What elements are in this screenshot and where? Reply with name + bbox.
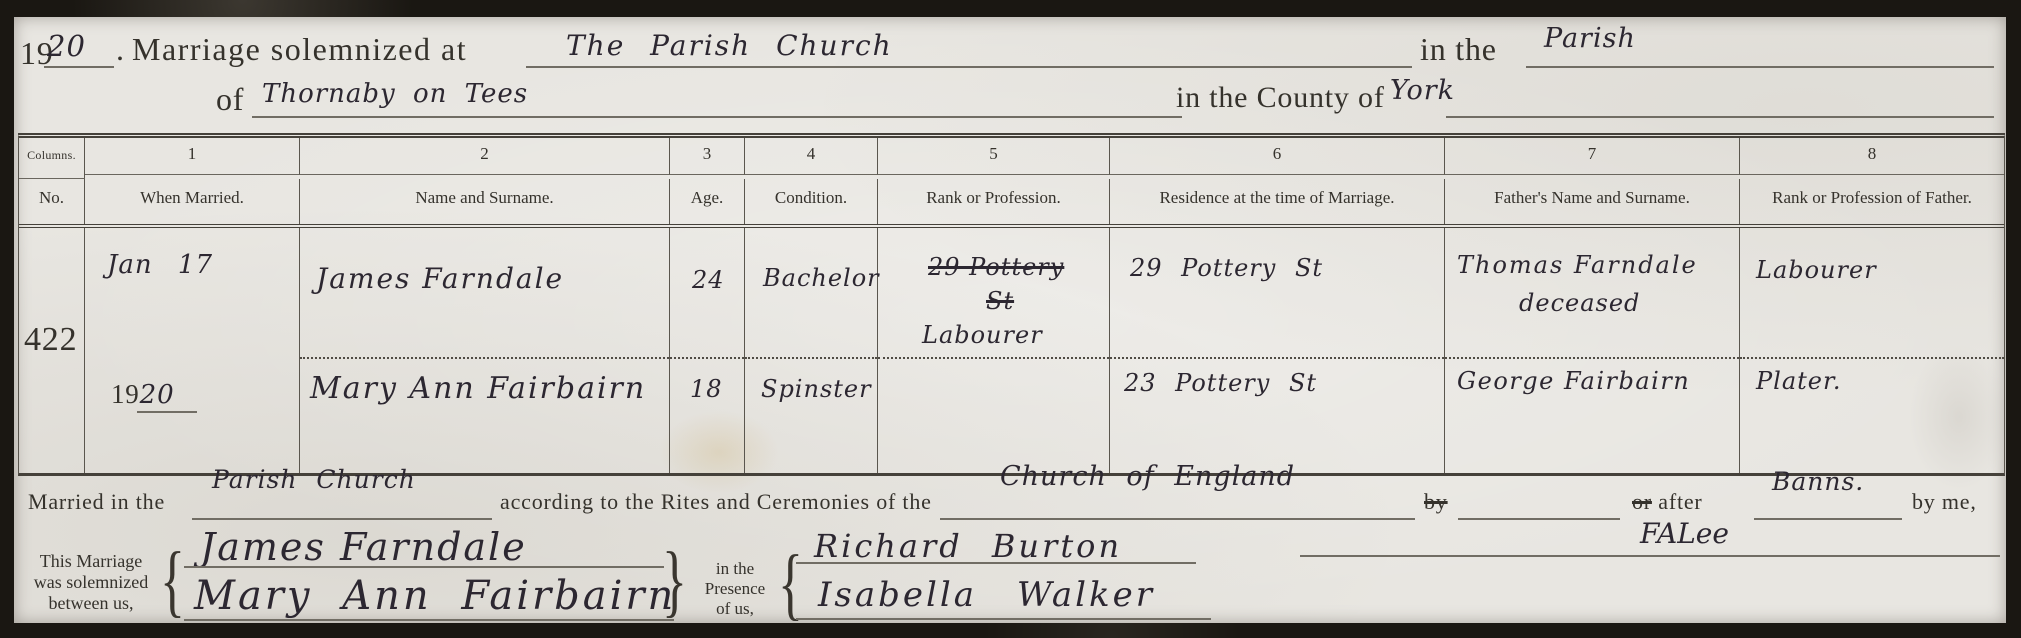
title-period: . <box>116 31 125 68</box>
bride-father-rank: Plater. <box>1756 367 1841 395</box>
this-marriage-label: This Marriage was solemnized between us, <box>20 551 162 614</box>
bride-age: 18 <box>690 375 723 403</box>
register-paper: 19 20 . Marriage solemnized at The Paris… <box>14 17 2006 623</box>
county-hand: York <box>1390 75 1455 106</box>
col-label-age: Age. <box>670 179 745 224</box>
register-title: Marriage solemnized at <box>132 31 467 68</box>
col-label-father-name: Father's Name and Surname. <box>1445 179 1740 224</box>
col-num-6: 6 <box>1110 138 1445 175</box>
place-underline <box>526 66 1412 68</box>
groom-father-note: deceased <box>1519 289 1640 317</box>
condition-row2: Spinster <box>745 359 877 473</box>
when-married-year-hand: 20 <box>140 380 175 410</box>
residence-row2: 23 Pottery St <box>1110 359 1444 473</box>
col-num-5: 5 <box>878 138 1110 175</box>
name-row2: Mary Ann Fairbairn <box>300 359 669 473</box>
couple-brace-close: } <box>662 536 687 627</box>
groom-signature: James Farndale <box>200 525 527 569</box>
officiant-underline <box>1300 555 2000 557</box>
presence-line3: of us, <box>690 599 780 619</box>
entry-number: 422 <box>24 321 77 359</box>
register-table: Columns. 1 2 3 4 5 6 7 8 No. When Marrie… <box>18 133 2005 476</box>
this-marriage-line2: was solemnized <box>20 572 162 593</box>
corner-columns-label: Columns. <box>19 138 85 179</box>
groom-father-rank: Labourer <box>1756 256 1877 284</box>
witness1-underline <box>796 562 1196 564</box>
father-rank-row2: Plater. <box>1740 359 2004 473</box>
age-row1: 24 <box>670 228 744 359</box>
cell-entry-no: 422 <box>19 228 85 473</box>
county-underline <box>1446 116 1994 118</box>
by-me-label: by me, <box>1912 489 1977 515</box>
groom-name: James Farndale <box>316 262 564 295</box>
cell-when-married: Jan 17 1920 <box>85 228 300 473</box>
church-underline <box>192 518 492 520</box>
cell-name-surname: James Farndale Mary Ann Fairbairn <box>300 228 670 473</box>
denomination-hand: Church of England <box>1000 461 1295 492</box>
table-column-numbers: Columns. 1 2 3 4 5 6 7 8 <box>19 138 2004 179</box>
banns-underline <box>1754 518 1902 520</box>
cell-rank-profession: 29 Pottery St Labourer <box>878 228 1110 473</box>
after-label: after <box>1658 489 1702 514</box>
witness-brace-open: { <box>778 539 803 630</box>
witness1-signature: Richard Burton <box>814 527 1122 565</box>
col-label-when-married: When Married. <box>85 179 300 224</box>
corner-no-label: No. <box>19 179 85 224</box>
bride-signature-underline <box>184 619 674 621</box>
banns-hand: Banns. <box>1772 467 1864 496</box>
when-married-row2: 1920 <box>85 359 299 473</box>
when-married-row1: Jan 17 <box>85 228 299 359</box>
year-hand: 20 <box>47 29 86 63</box>
cell-residence: 29 Pottery St 23 Pottery St <box>1110 228 1445 473</box>
cell-father-name: Thomas Farndale deceased George Fairbair… <box>1445 228 1740 473</box>
table-column-labels: No. When Married. Name and Surname. Age.… <box>19 179 2004 228</box>
of-label: of <box>216 81 244 118</box>
bride-name: Mary Ann Fairbairn <box>310 371 646 406</box>
father-name-row1: Thomas Farndale deceased <box>1445 228 1739 359</box>
bride-condition: Spinster <box>761 375 872 403</box>
groom-age: 24 <box>692 266 725 294</box>
witness2-underline <box>796 618 1211 620</box>
this-marriage-line3: between us, <box>20 593 162 614</box>
col-label-father-rank: Rank or Profession of Father. <box>1740 179 2004 224</box>
residence-row1: 29 Pottery St <box>1110 228 1444 359</box>
year-cell-underline <box>137 411 197 413</box>
married-in-label: Married in the <box>28 489 165 515</box>
by-struck-label: by <box>1424 489 1448 515</box>
col-label-residence: Residence at the time of Marriage. <box>1110 179 1445 224</box>
when-married-date: Jan 17 <box>107 250 213 280</box>
couple-brace-open: { <box>160 536 185 627</box>
rank-struck-line1: 29 Pottery <box>928 253 1064 281</box>
col-num-3: 3 <box>670 138 745 175</box>
cell-age: 24 18 <box>670 228 745 473</box>
place-hand: The Parish Church <box>566 29 893 62</box>
scanned-marriage-register: 19 20 . Marriage solemnized at The Paris… <box>0 0 2021 638</box>
when-married-year-printed: 19 <box>111 379 140 409</box>
denomination-underline <box>940 518 1415 520</box>
county-label: in the County of <box>1176 81 1385 115</box>
condition-row1: Bachelor <box>745 228 877 359</box>
in-the-label: in the <box>1420 31 1497 68</box>
groom-residence: 29 Pottery St <box>1130 254 1323 282</box>
father-rank-row1: Labourer <box>1740 228 2004 359</box>
rank-struck-line2: St <box>986 287 1014 315</box>
rites-label: according to the Rites and Ceremonies of… <box>500 489 932 515</box>
age-row2: 18 <box>670 359 744 473</box>
bride-residence: 23 Pottery St <box>1124 369 1317 397</box>
district-underline <box>1526 66 1994 68</box>
officiant-signature: FALee <box>1640 517 1729 550</box>
or-after-label: or after <box>1632 489 1703 515</box>
parish-hand: Thornaby on Tees <box>262 79 528 109</box>
col-num-8: 8 <box>1740 138 2004 175</box>
presence-label: in the Presence of us, <box>690 559 780 619</box>
or-struck-label: or <box>1632 489 1652 514</box>
col-label-rank-profession: Rank or Profession. <box>878 179 1110 224</box>
church-hand: Parish Church <box>212 465 416 494</box>
table-body: 422 Jan 17 1920 James Farndale <box>19 228 2004 473</box>
this-marriage-line1: This Marriage <box>20 551 162 572</box>
col-num-2: 2 <box>300 138 670 175</box>
bride-signature: Mary Ann Fairbairn <box>194 573 676 619</box>
witness2-signature: Isabella Walker <box>818 575 1155 615</box>
district-hand: Parish <box>1544 23 1636 54</box>
parish-underline <box>252 116 1182 118</box>
col-num-7: 7 <box>1445 138 1740 175</box>
cell-condition: Bachelor Spinster <box>745 228 878 473</box>
licence-underline <box>1458 518 1620 520</box>
rank-row1: 29 Pottery St Labourer <box>878 228 1109 359</box>
cell-father-rank: Labourer Plater. <box>1740 228 2004 473</box>
presence-line2: Presence <box>690 579 780 599</box>
rank-row2 <box>878 359 1109 473</box>
year-underline <box>44 66 114 68</box>
father-name-row2: George Fairbairn <box>1445 359 1739 473</box>
col-label-condition: Condition. <box>745 179 878 224</box>
bride-father-name: George Fairbairn <box>1457 367 1690 395</box>
presence-line1: in the <box>690 559 780 579</box>
groom-condition: Bachelor <box>763 264 880 292</box>
groom-signature-underline <box>184 566 664 568</box>
col-num-1: 1 <box>85 138 300 175</box>
rank-final: Labourer <box>922 321 1043 349</box>
groom-father-name: Thomas Farndale <box>1457 251 1698 279</box>
name-row1: James Farndale <box>300 228 669 359</box>
col-label-name-surname: Name and Surname. <box>300 179 670 224</box>
col-num-4: 4 <box>745 138 878 175</box>
